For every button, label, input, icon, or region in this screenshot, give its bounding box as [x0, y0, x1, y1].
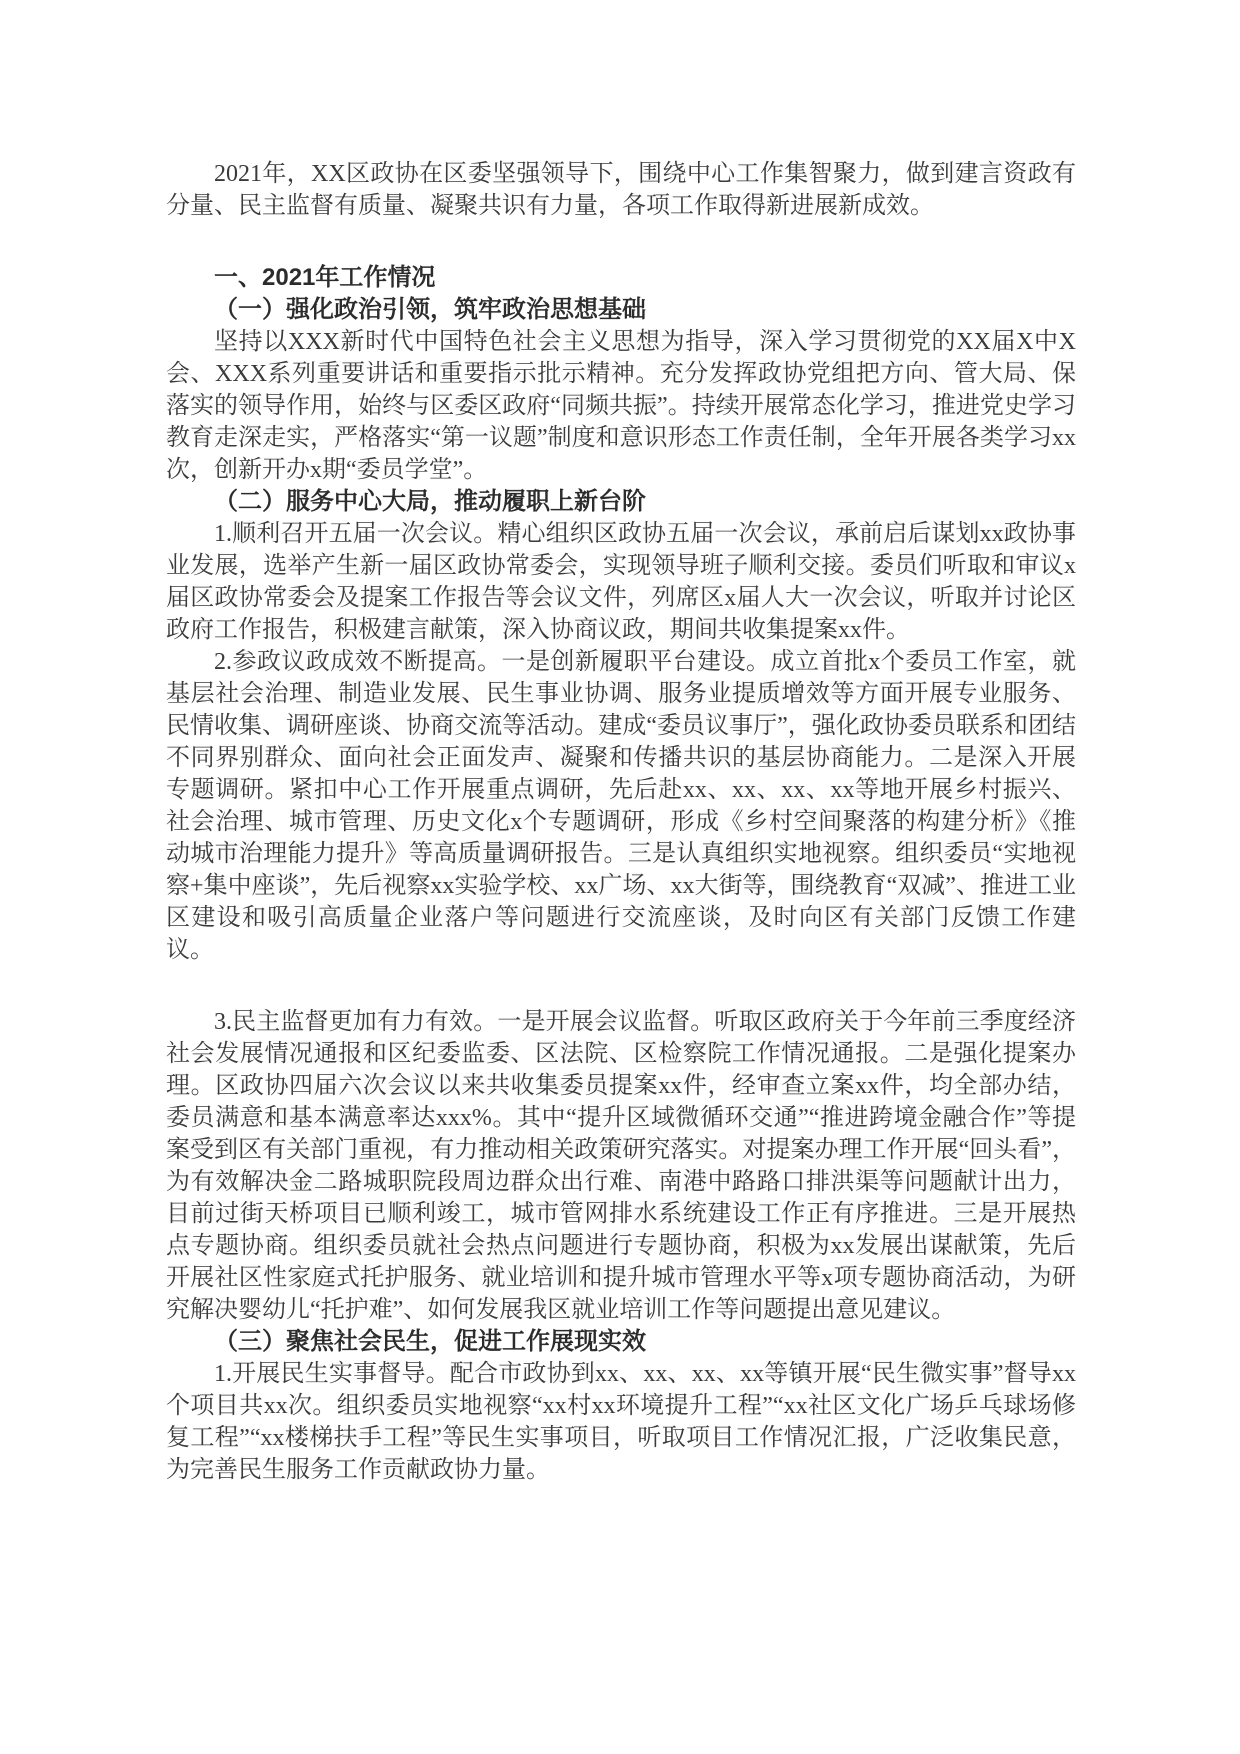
item-3-democratic-supervision-paragraph: 3.民主监督更加有力有效。一是开展会议监督。听取区政府关于今年前三季度经济社会发…	[166, 1006, 1076, 1326]
document-body: 2021年，XX区政协在区委坚强领导下，围绕中心工作集智聚力，做到建言资政有分量…	[166, 158, 1076, 1486]
subsection-1-1-heading: （一）强化政治引领，筑牢政治思想基础	[166, 294, 1076, 326]
subsection-1-3-heading: （三）聚焦社会民生，促进工作展现实效	[166, 1326, 1076, 1358]
document-page: 2021年，XX区政协在区委坚强领导下，围绕中心工作集智聚力，做到建言资政有分量…	[0, 0, 1240, 1754]
section-1-heading: 一、2021年工作情况	[166, 262, 1076, 294]
item-2-political-consultation-paragraph: 2.参政议政成效不断提高。一是创新履职平台建设。成立首批x个委员工作室，就基层社…	[166, 646, 1076, 966]
subsection-1-1-body-paragraph: 坚持以XXX新时代中国特色社会主义思想为指导，深入学习贯彻党的XX届X中X会、X…	[166, 326, 1076, 486]
item-1-plenary-meeting-paragraph: 1.顺利召开五届一次会议。精心组织区政协五届一次会议，承前启后谋划xx政协事业发…	[166, 518, 1076, 646]
intro-paragraph: 2021年，XX区政协在区委坚强领导下，围绕中心工作集智聚力，做到建言资政有分量…	[166, 158, 1076, 222]
item-livelihood-supervision-paragraph: 1.开展民生实事督导。配合市政协到xx、xx、xx、xx等镇开展“民生微实事”督…	[166, 1358, 1076, 1486]
subsection-1-2-heading: （二）服务中心大局，推动履职上新台阶	[166, 486, 1076, 518]
